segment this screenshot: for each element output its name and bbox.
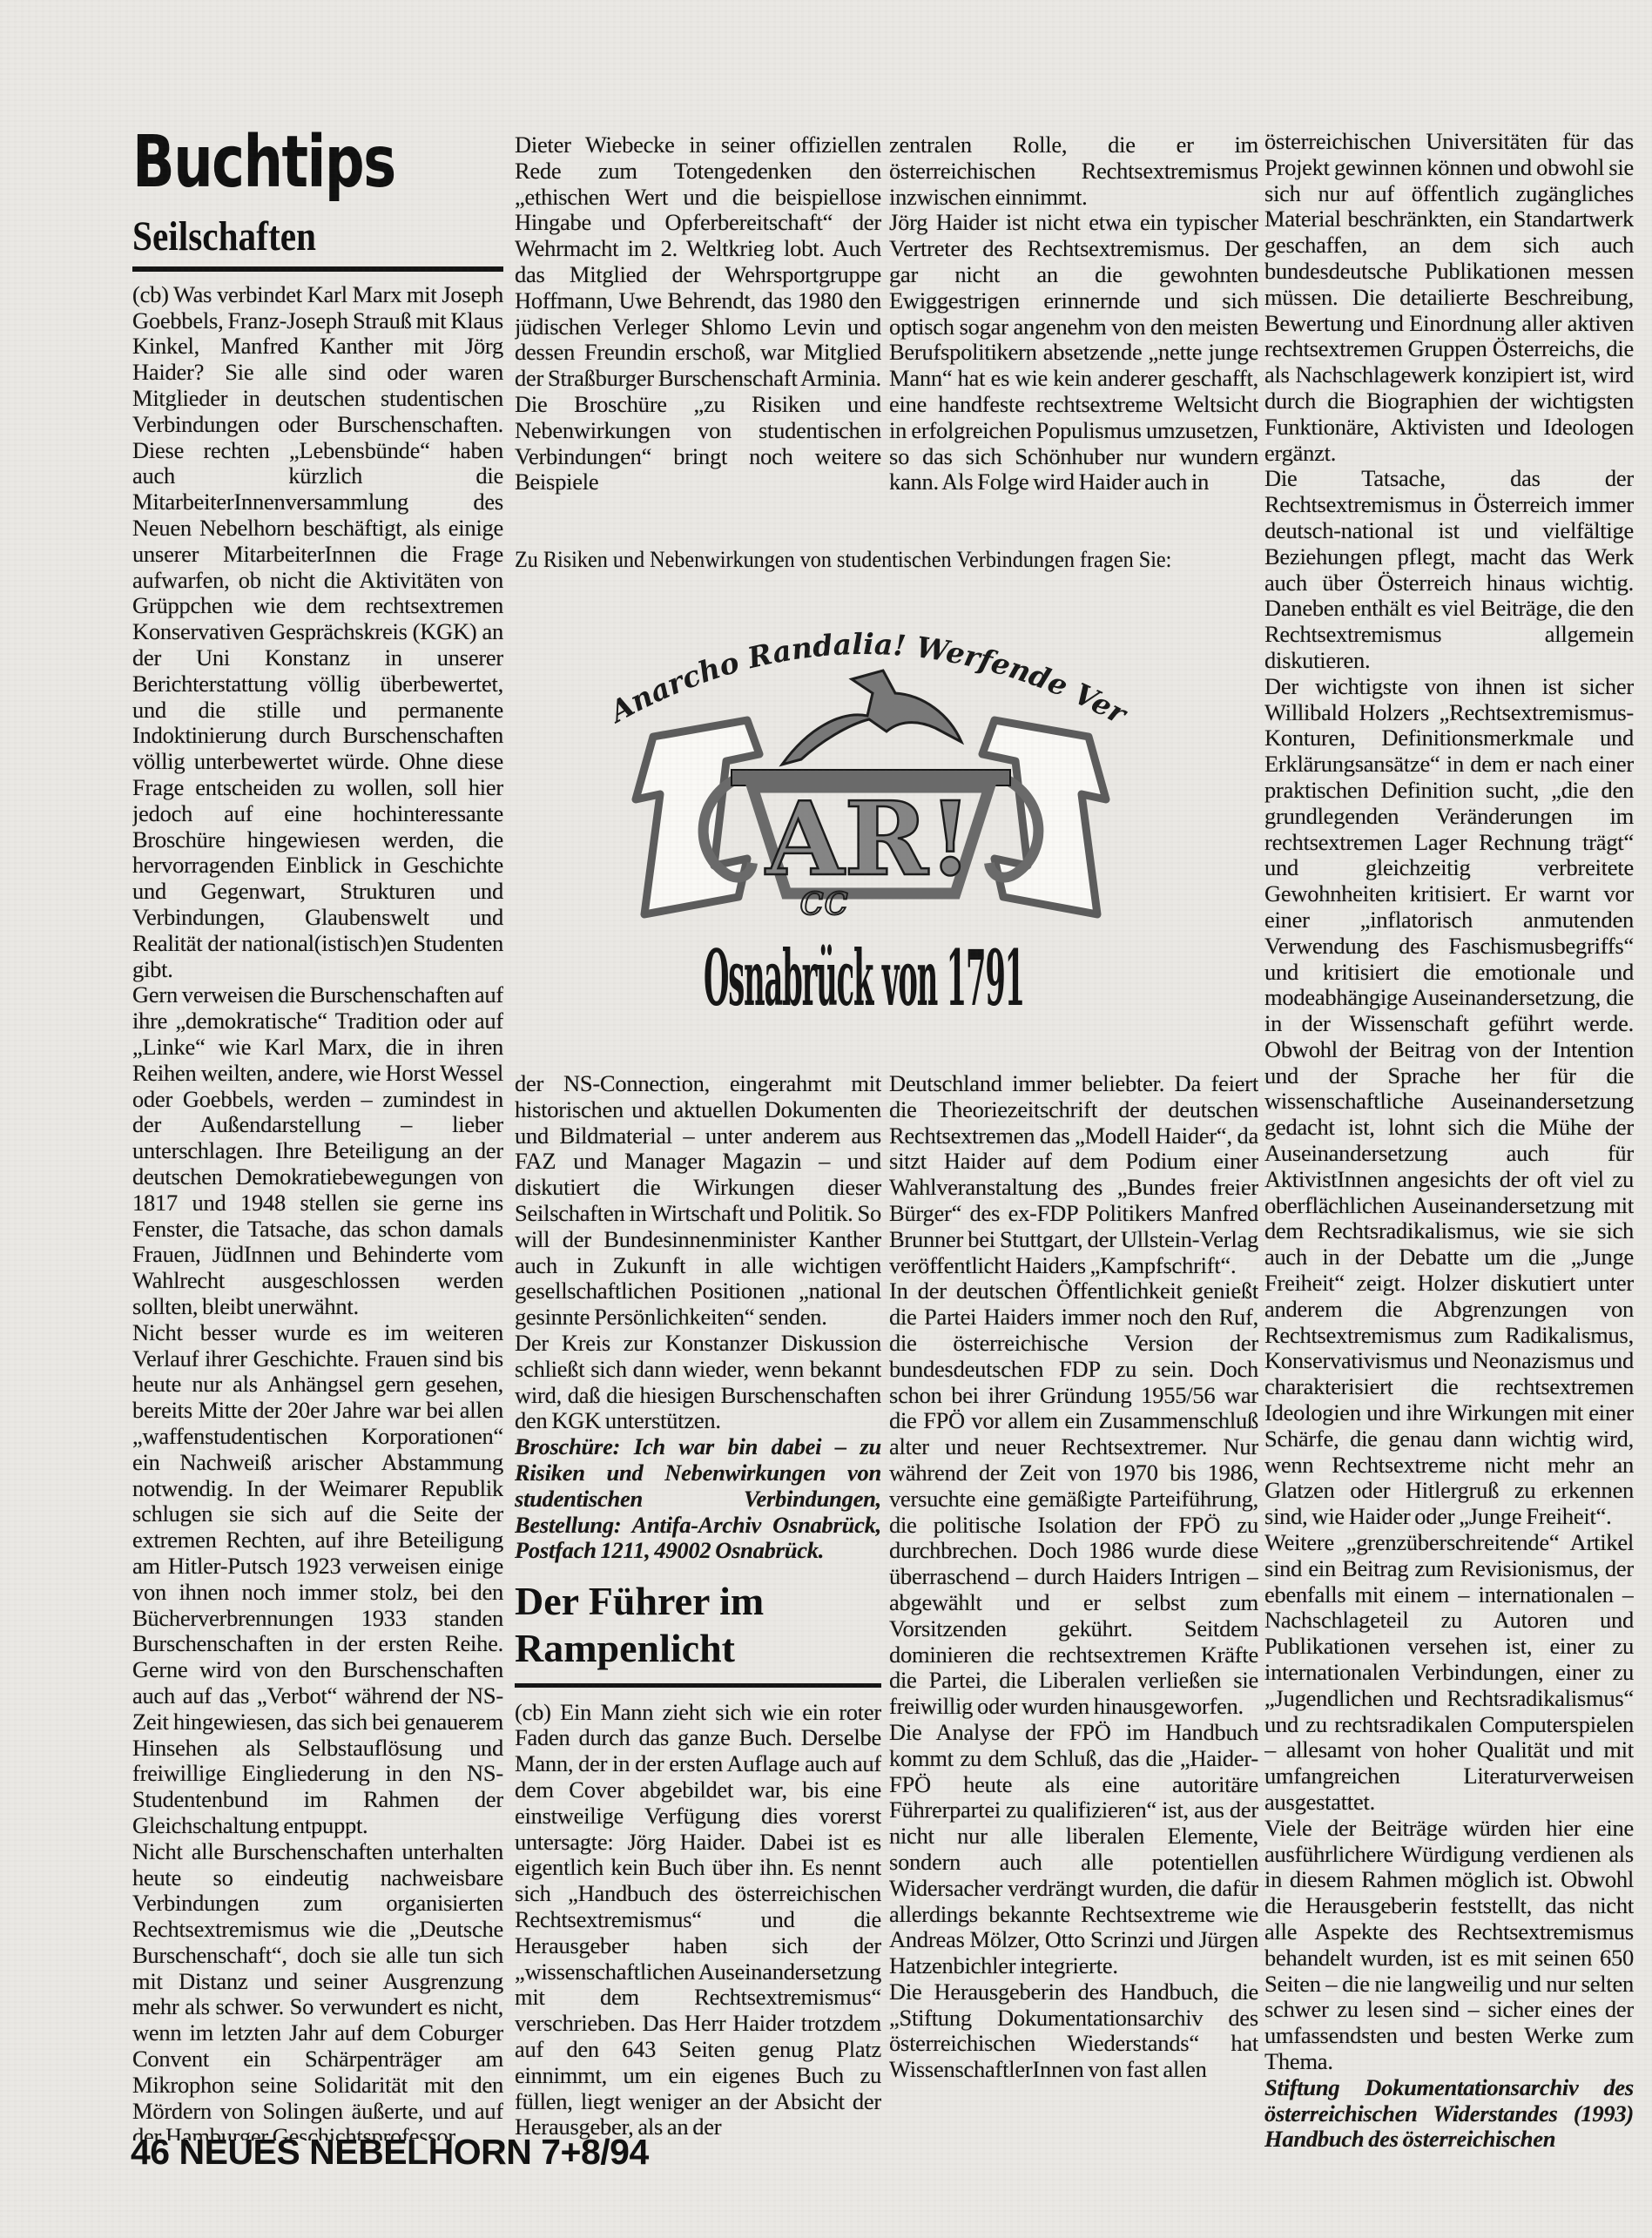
article-heading-seilschaften: Seilschaften	[132, 216, 503, 272]
paragraph: (cb) Ein Mann zieht sich wie ein roter F…	[515, 1700, 881, 2141]
paragraph: Der wichtigste von ihnen ist sicher Will…	[1264, 674, 1634, 1530]
column-3-upper: zentralen Rolle, die er im österreichisc…	[889, 132, 1258, 545]
book-credit: Stiftung Dokumentationsarchiv des österr…	[1264, 2075, 1634, 2153]
magazine-page: Buchtips Seilschaften (cb) Was verbindet…	[0, 0, 1652, 2238]
emblem-flourish: cc	[799, 874, 848, 925]
paragraph: der NS-Connection, eingerahmt mit histor…	[515, 1071, 881, 1331]
column-2-upper: Dieter Wiebecke in seiner offiziellen Re…	[515, 132, 881, 545]
section-title: Buchtips	[132, 129, 421, 197]
right-ribbon-icon	[982, 720, 1106, 914]
emblem-monogram: AR!	[765, 780, 972, 899]
paragraph: Weitere „grenzüberschreitende“ Artikel s…	[1264, 1530, 1634, 1816]
article-heading-fuehrer: Der Führer im Rampenlicht	[515, 1578, 881, 1688]
column-4: österreichischen Universitäten für das P…	[1264, 129, 1634, 2153]
column-2-lower: der NS-Connection, eingerahmt mit histor…	[515, 1071, 881, 2140]
left-ribbon-icon	[636, 720, 759, 914]
paragraph: Die Broschüre „zu Risiken und Nebenwirku…	[515, 392, 881, 495]
emblem-subtitle: Osnabrück von 1791	[704, 933, 1024, 1023]
paragraph: Jörg Haider ist nicht etwa ein typischer…	[889, 210, 1258, 495]
order-info: Broschüre: Ich war bin dabei – zu Risike…	[515, 1434, 881, 1564]
page-footer: 46 NEUES NEBELHORN 7+8/94	[131, 2132, 649, 2173]
paragraph: Die Herausgeberin des Handbuch, die „Sti…	[889, 1979, 1258, 2083]
paragraph: Der Kreis zur Konstanzer Diskussion schl…	[515, 1331, 881, 1434]
paragraph: Nicht alle Burschenschaften unterhalten …	[132, 1839, 503, 2140]
paragraph: Dieter Wiebecke in seiner offiziellen Re…	[515, 132, 881, 392]
paragraph: Nicht besser wurde es im weiteren Verlau…	[132, 1320, 503, 1839]
bird-icon	[782, 671, 961, 765]
column-3-lower: Deutschland immer beliebter. Da feiert d…	[889, 1071, 1258, 2083]
paragraph: (cb) Was verbindet Karl Marx mit Joseph …	[132, 282, 503, 983]
paragraph: zentralen Rolle, die er im österreichisc…	[889, 132, 1258, 210]
fraternity-emblem-image: Anarcho Randalia! Werfende Verbindung AR…	[523, 578, 1219, 1048]
article-heading-text: Seilschaften	[132, 216, 316, 258]
paragraph: Deutschland immer beliebter. Da feiert d…	[889, 1071, 1258, 1278]
emblem-arc-text: Anarcho Randalia! Werfende Verbindung	[523, 578, 1134, 731]
paragraph: In der deutschen Öffentlichkeit genießt …	[889, 1278, 1258, 1720]
paragraph: Gern verweisen die Burschenschaften auf …	[132, 982, 503, 1319]
column-1: Buchtips Seilschaften (cb) Was verbindet…	[132, 129, 503, 2140]
paragraph: österreichischen Universitäten für das P…	[1264, 129, 1634, 466]
figure-caption: Zu Risiken und Nebenwirkungen von studen…	[515, 547, 1170, 573]
paragraph: Viele der Beiträge würden hier eine ausf…	[1264, 1816, 1634, 2075]
paragraph: Die Tatsache, das der Rechtsextremismus …	[1264, 466, 1634, 673]
paragraph: Die Analyse der FPÖ im Handbuch kommt zu…	[889, 1720, 1258, 1979]
